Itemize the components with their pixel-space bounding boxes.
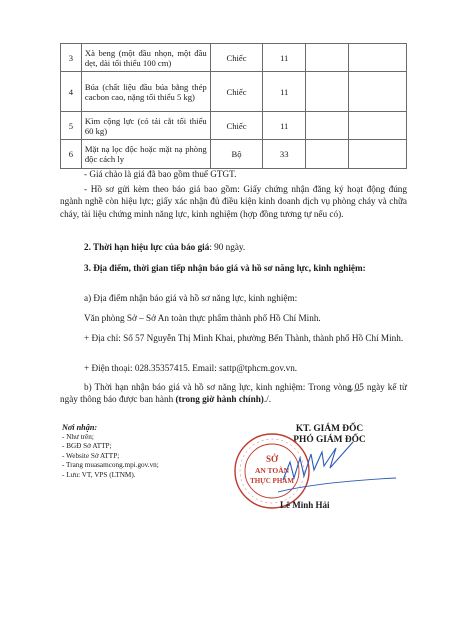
signer-name: Lê Minh Hải	[280, 500, 330, 510]
item-name: Mặt nạ lọc độc hoặc mặt nạ phòng độc các…	[81, 140, 210, 169]
table-row: 3 Xà beng (một đầu nhọn, một đầu dẹt, dà…	[61, 44, 407, 72]
empty-cell	[348, 44, 406, 72]
recipients-block: Nơi nhận: - Như trên; - BGĐ Sở ATTP; - W…	[62, 423, 159, 481]
recipient-item: - Như trên;	[62, 433, 159, 443]
office-name: Văn phòng Sở – Sở An toàn thực phẩm thàn…	[60, 312, 407, 324]
initial-mark-icon	[345, 384, 365, 394]
section-3-heading: 3. Địa điểm, thời gian tiếp nhận báo giá…	[60, 262, 407, 274]
item-name: Xà beng (một đầu nhọn, một đầu dẹt, dài …	[81, 44, 210, 72]
empty-cell	[306, 44, 349, 72]
document-page: 3 Xà beng (một đầu nhọn, một đầu dẹt, dà…	[0, 0, 450, 636]
recipient-item: - BGĐ Sở ATTP;	[62, 442, 159, 452]
row-index: 4	[61, 72, 82, 112]
recipients-title: Nơi nhận:	[62, 423, 159, 433]
item-quantity: 11	[263, 72, 306, 112]
section-3b-end: ./.	[264, 394, 271, 404]
signature-icon	[278, 440, 398, 500]
table-row: 4 Búa (chất liệu đầu búa bằng thép cacbo…	[61, 72, 407, 112]
recipient-item: - Website Sở ATTP;	[62, 452, 159, 462]
office-address: + Địa chỉ: Số 57 Nguyễn Thị Minh Khai, p…	[60, 332, 407, 344]
item-quantity: 11	[263, 44, 306, 72]
row-index: 5	[61, 112, 82, 140]
empty-cell	[348, 112, 406, 140]
empty-cell	[306, 140, 349, 169]
recipient-item: - Lưu: VT, VPS (LTNM).	[62, 471, 159, 481]
section-3b-bold: (trong giờ hành chính)	[175, 394, 263, 404]
office-contact: + Điện thoại: 028.35357415. Email: sattp…	[60, 362, 407, 374]
documents-note: - Hồ sơ gửi kèm theo báo giá bao gồm: Gi…	[60, 183, 407, 220]
row-index: 3	[61, 44, 82, 72]
empty-cell	[306, 72, 349, 112]
items-table: 3 Xà beng (một đầu nhọn, một đầu dẹt, dà…	[60, 43, 407, 169]
recipient-item: - Trang muasamcong.mpi.gov.vn;	[62, 461, 159, 471]
item-unit: Chiếc	[210, 112, 263, 140]
item-quantity: 33	[263, 140, 306, 169]
vat-note: - Giá chào là giá đã bao gồm thuế GTGT.	[60, 168, 407, 180]
table-row: 6 Mặt nạ lọc độc hoặc mặt nạ phòng độc c…	[61, 140, 407, 169]
table-row: 5 Kìm cộng lực (có tải cắt tối thiểu 60 …	[61, 112, 407, 140]
item-name: Búa (chất liệu đầu búa bằng thép cacbon …	[81, 72, 210, 112]
item-name: Kìm cộng lực (có tải cắt tối thiểu 60 kg…	[81, 112, 210, 140]
empty-cell	[348, 72, 406, 112]
item-unit: Chiếc	[210, 72, 263, 112]
empty-cell	[306, 112, 349, 140]
item-unit: Bộ	[210, 140, 263, 169]
section-3a-label: a) Địa điểm nhận báo giá và hồ sơ năng l…	[60, 292, 407, 304]
item-quantity: 11	[263, 112, 306, 140]
section-2: 2. Thời hạn hiệu lực của báo giá: 90 ngà…	[60, 241, 407, 253]
item-unit: Chiếc	[210, 44, 263, 72]
section-2-value: : 90 ngày.	[209, 242, 245, 252]
empty-cell	[348, 140, 406, 169]
section-2-heading: 2. Thời hạn hiệu lực của báo giá	[84, 242, 209, 252]
row-index: 6	[61, 140, 82, 169]
